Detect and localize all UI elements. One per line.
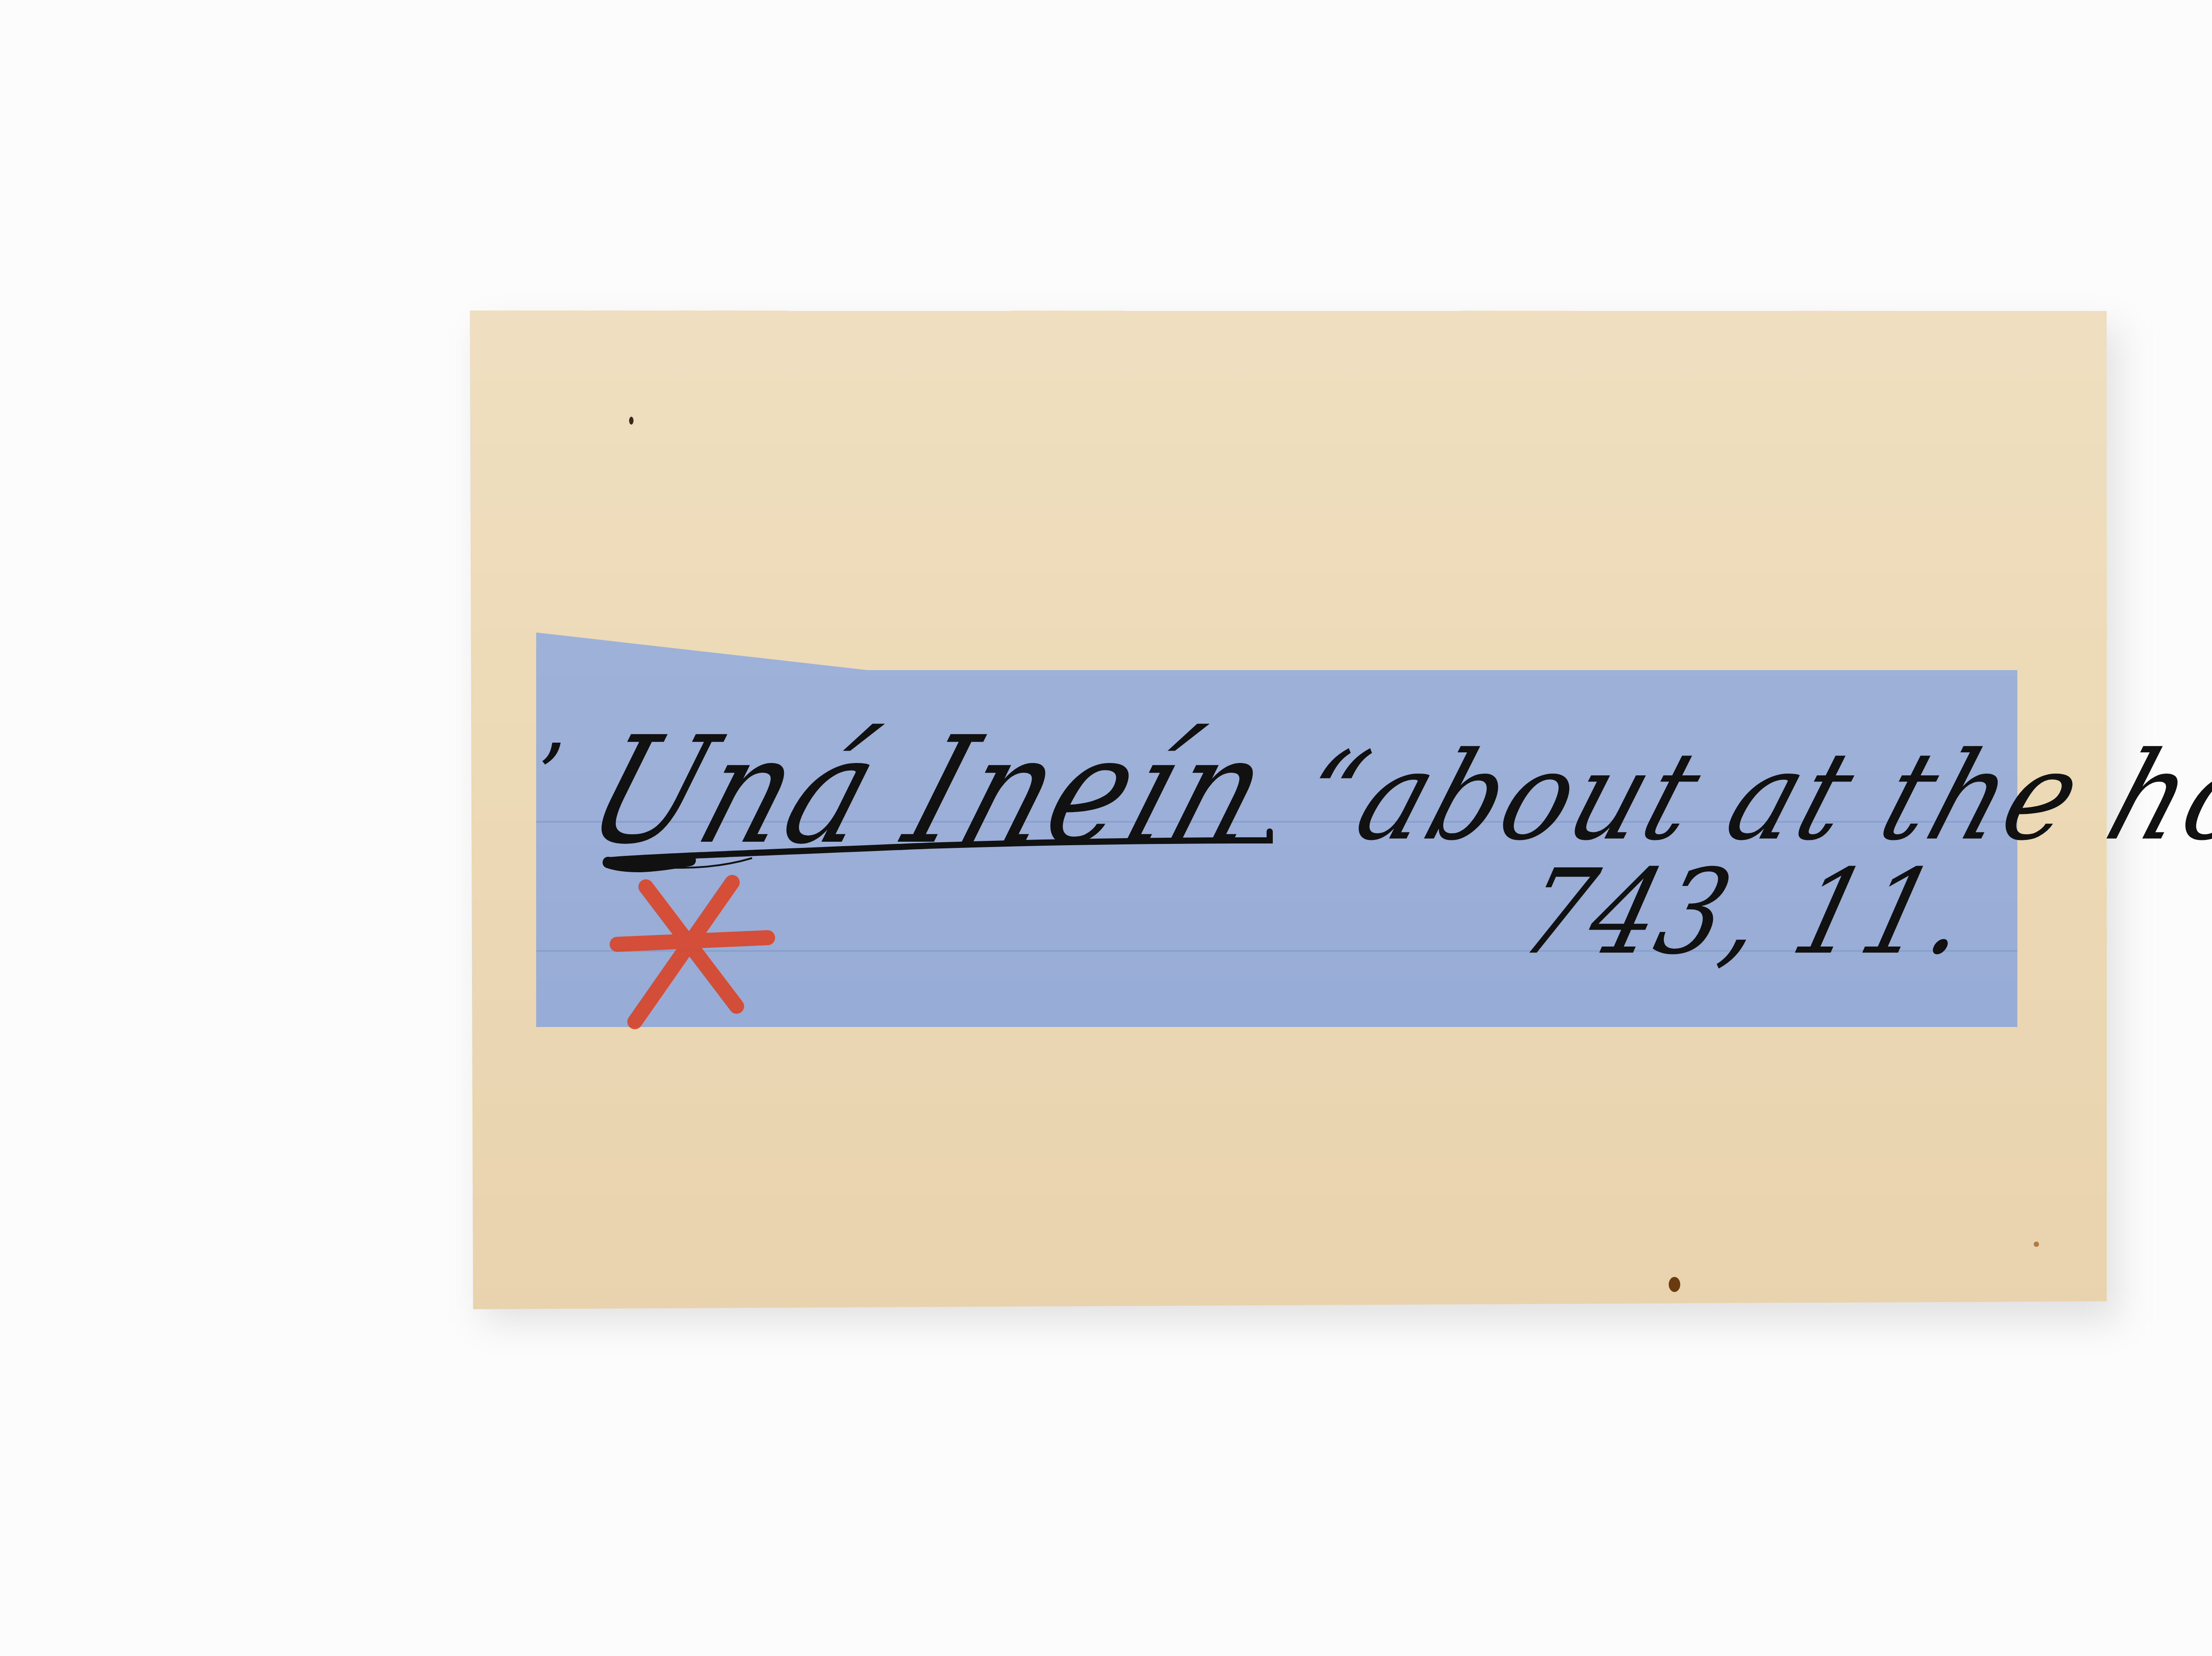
handwritten-term: Uná Ineín (569, 705, 1290, 877)
handwritten-reference: 743, 11. (1508, 845, 1986, 981)
leading-mark: ’ (538, 725, 568, 828)
